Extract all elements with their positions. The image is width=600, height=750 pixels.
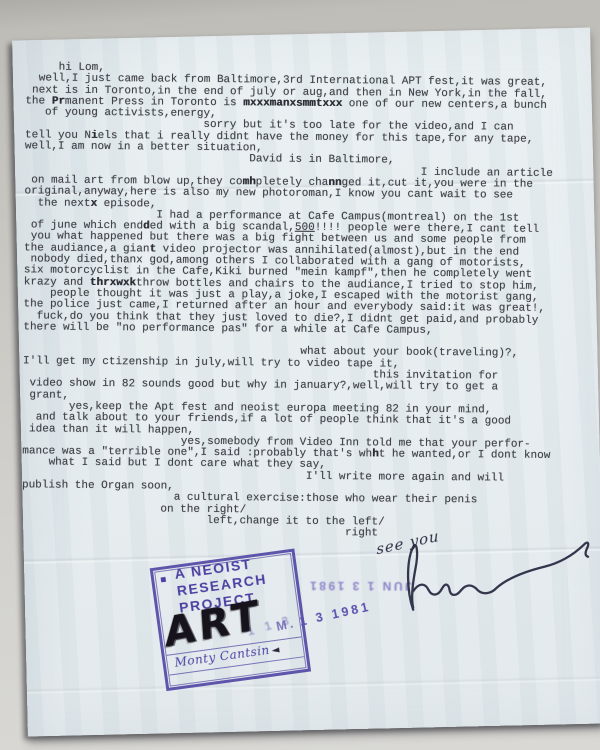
signature-flow-stroke	[412, 543, 590, 596]
stamp-name-mark: ◄	[271, 644, 281, 656]
photo-background: hi Lom, well,I just came back from Balti…	[0, 0, 600, 750]
paper-crease	[27, 675, 600, 694]
signature-scrawl	[381, 528, 598, 625]
signature-k-stroke	[407, 545, 418, 610]
letter-paper: hi Lom, well,I just came back from Balti…	[12, 28, 600, 737]
letter-body: hi Lom, well,I just came back from Balti…	[22, 62, 554, 541]
